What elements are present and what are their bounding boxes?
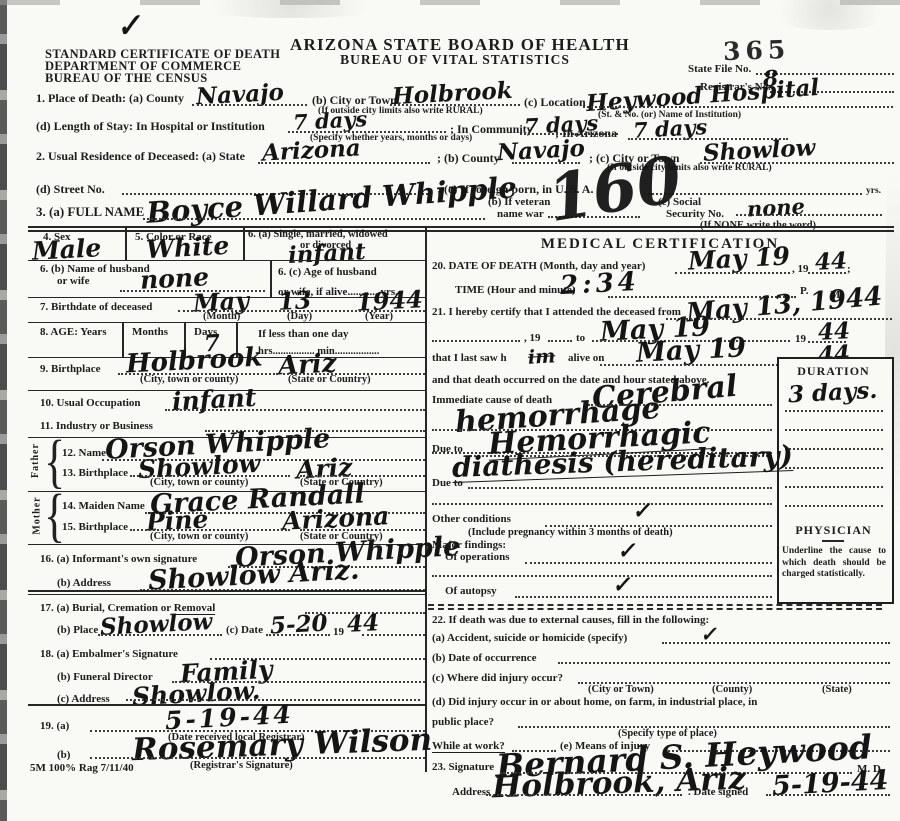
dotted-line xyxy=(785,429,883,431)
dotted-line xyxy=(432,340,520,342)
dotted-line xyxy=(583,106,893,108)
dotted-line xyxy=(766,794,890,796)
dotted-line xyxy=(675,272,790,274)
dotted-line xyxy=(515,596,772,598)
physician-addr-label: Address xyxy=(452,786,490,798)
of-autopsy-label: Of autopsy xyxy=(445,585,497,597)
month-note: (Month) xyxy=(203,311,240,323)
last-saw-date-value: May 19 xyxy=(635,334,746,367)
spouse-label-1: 6. (b) Name of husband xyxy=(40,263,150,275)
dotted-line xyxy=(558,662,890,664)
cell-divider xyxy=(125,226,127,260)
marital-value: infant xyxy=(287,240,366,267)
birthplace-label: 9. Birthplace xyxy=(40,363,101,375)
race-value: White xyxy=(145,233,229,262)
burial-place-label: (b) Place xyxy=(57,624,98,636)
section-divider xyxy=(428,604,882,606)
location-label: (c) Location xyxy=(524,96,586,109)
dotted-line xyxy=(165,409,425,411)
physician-sig-label: 23. Signature xyxy=(432,761,494,773)
state-file-label: State File No. xyxy=(688,63,751,75)
informant-addr-label: (b) Address xyxy=(57,577,111,589)
dotted-line xyxy=(548,340,572,342)
registrar-a-label: 19. (a) xyxy=(40,720,69,732)
yrs-label: yrs. xyxy=(866,186,881,196)
birthdate-label: 7. Birthdate of deceased xyxy=(40,301,152,313)
dotted-line xyxy=(486,794,682,796)
stay-hospital-value: 7 days xyxy=(293,108,368,133)
dod-semicolon: ; xyxy=(847,263,851,275)
dotted-line xyxy=(785,505,883,507)
dotted-line xyxy=(785,486,883,488)
major-findings-label: Major findings: xyxy=(432,539,506,551)
ssn-label-1: (c) Social xyxy=(658,196,701,208)
scan-smudge xyxy=(180,0,400,18)
dod-year-value: 44 xyxy=(814,249,847,274)
pregnancy-note: (Include pregnancy within 3 months of de… xyxy=(468,527,673,539)
birthplace-state-note: (State or Country) xyxy=(288,374,371,386)
injury-county-note: (County) xyxy=(712,684,752,696)
operations-check: ✓ xyxy=(616,540,636,563)
dotted-line xyxy=(143,218,485,220)
burial-year-pre: 19 xyxy=(333,626,344,638)
father-birthplace-label: 13. Birthplace xyxy=(62,467,128,479)
scan-smudge xyxy=(760,0,900,30)
where-injury-label: (c) Where did injury occur? xyxy=(432,672,563,684)
registrar-sig-note: (Registrar's Signature) xyxy=(190,760,293,772)
attended-to-word: to xyxy=(576,332,585,344)
dotted-line xyxy=(468,487,772,489)
last-saw-label: that I last saw h xyxy=(432,352,507,364)
ssn-label-2: Security No. xyxy=(666,208,724,220)
occupation-label: 10. Usual Occupation xyxy=(40,397,141,409)
attended-from-value: May 13, 1944 xyxy=(685,283,883,326)
doc-title-line3: BUREAU OF THE CENSUS xyxy=(45,72,208,86)
dotted-line xyxy=(736,214,882,216)
residence-county-label: ; (b) County xyxy=(437,152,500,165)
rule xyxy=(28,226,894,228)
dotted-line xyxy=(785,448,883,450)
dod-19-label: , 19 xyxy=(792,263,809,275)
rule xyxy=(28,260,425,261)
other-conditions-check: ✓ xyxy=(631,500,651,523)
registrar-b-label: (b) xyxy=(57,749,70,761)
section-divider xyxy=(428,608,882,610)
alive-on-label: alive on xyxy=(568,352,604,364)
residence-label: 2. Usual Residence of Deceased: (a) Stat… xyxy=(36,150,245,163)
street-no-label: (d) Street No. xyxy=(36,183,105,196)
dotted-line xyxy=(600,364,790,366)
cell-divider xyxy=(243,226,245,260)
father-name-label: 12. Name xyxy=(62,447,106,459)
veteran-label-1: (b) If veteran xyxy=(488,196,550,208)
date-signed-label: . Date signed xyxy=(688,786,748,798)
check-mark: ✓ xyxy=(114,10,143,43)
date-occurrence-label: (b) Date of occurrence xyxy=(432,652,537,664)
cell-divider xyxy=(270,260,272,297)
mother-bp-city-note: (City, town or county) xyxy=(150,531,248,543)
veteran-label-2: name war xyxy=(497,208,544,220)
date-of-death-value: May 19 xyxy=(687,243,790,273)
attended-19-label: , 19 xyxy=(524,332,541,344)
spouse-label-2: or wife xyxy=(57,275,89,287)
residence-city-value: Showlow xyxy=(702,136,815,165)
less-than-day-label: If less than one day xyxy=(258,328,348,340)
death-certificate-scan: ✓ STANDARD CERTIFICATE OF DEATH DEPARTME… xyxy=(0,0,900,821)
cell-divider xyxy=(122,322,124,357)
time-value: 2:34 xyxy=(559,269,640,299)
while-at-work-label: While at work? xyxy=(432,740,505,753)
year-note: (Year) xyxy=(365,311,393,323)
maiden-name-label: 14. Maiden Name xyxy=(62,500,145,512)
dotted-line xyxy=(432,503,772,505)
burial-date-label: (c) Date xyxy=(226,624,263,636)
dotted-line xyxy=(785,410,883,412)
large-scribble: 160 xyxy=(544,148,686,232)
dotted-line xyxy=(808,272,846,274)
dotted-line xyxy=(432,575,772,577)
injury-home-label-1: (d) Did injury occur in or about home, o… xyxy=(432,696,757,708)
embalmer-label: 18. (a) Embalmer's Signature xyxy=(40,648,178,660)
mother-birthplace-label: 15. Birthplace xyxy=(62,521,128,533)
rule xyxy=(28,594,425,595)
marital-label-1: 6. (a) Single, married, widowed xyxy=(248,229,388,241)
dotted-line xyxy=(258,162,430,164)
dotted-line xyxy=(525,562,772,564)
to-19-label: 19 xyxy=(795,333,806,345)
age-label: 8. AGE: Years xyxy=(40,326,107,338)
scan-edge-left xyxy=(0,0,7,821)
of-operations-label: Of operations xyxy=(445,551,509,563)
duration-value: 3 days. xyxy=(787,379,877,407)
dotted-line xyxy=(785,467,883,469)
last-saw-hw: im xyxy=(528,347,556,367)
physician-label: PHYSICIAN xyxy=(779,524,888,537)
rule xyxy=(28,590,425,592)
state-file-number: 365 xyxy=(723,35,791,66)
length-of-stay-label: (d) Length of Stay: In Hospital or Insti… xyxy=(36,120,265,133)
injury-home-label-2: public place? xyxy=(432,716,494,728)
residence-state-value: Arizona xyxy=(261,136,361,164)
dotted-line xyxy=(98,634,222,636)
father-side-label: Father xyxy=(30,443,41,478)
column-divider xyxy=(425,226,427,772)
accident-label: (a) Accident, suicide or homicide (speci… xyxy=(432,632,627,644)
due-to-value-2: diathesis (hereditary) xyxy=(452,442,794,483)
external-causes-label: 22. If death was due to external causes,… xyxy=(432,614,709,626)
rule xyxy=(28,322,425,323)
burial-year-value: 44 xyxy=(346,611,379,636)
other-conditions-label: Other conditions xyxy=(432,513,511,525)
org-subtitle: BUREAU OF VITAL STATISTICS xyxy=(290,53,620,68)
months-label: Months xyxy=(132,326,168,338)
place-of-death-label: 1. Place of Death: (a) County xyxy=(36,92,184,105)
physician-note: Underline the cause to which death shoul… xyxy=(782,546,886,581)
mother-side-label: Mother xyxy=(32,496,43,534)
time-label: TIME (Hour and minute) xyxy=(455,284,576,296)
day-note: (Day) xyxy=(287,311,312,323)
dotted-line xyxy=(362,634,425,636)
stock-number: 5M 100% Rag 7/11/40 xyxy=(30,762,134,774)
due-to-2-label: Due to xyxy=(432,477,463,489)
dotted-line xyxy=(266,634,330,636)
dotted-line xyxy=(90,757,425,759)
autopsy-check: ✓ xyxy=(611,574,631,597)
injury-city-note: (City or Town) xyxy=(588,684,654,696)
dotted-line xyxy=(192,104,307,106)
mother-brace: { xyxy=(44,481,65,550)
rule xyxy=(822,540,844,542)
injury-state-note: (State) xyxy=(822,684,852,696)
full-name-label: 3. (a) FULL NAME xyxy=(36,205,144,219)
spouse-age-label-1: 6. (c) Age of husband xyxy=(278,266,377,278)
dotted-line xyxy=(662,642,890,644)
